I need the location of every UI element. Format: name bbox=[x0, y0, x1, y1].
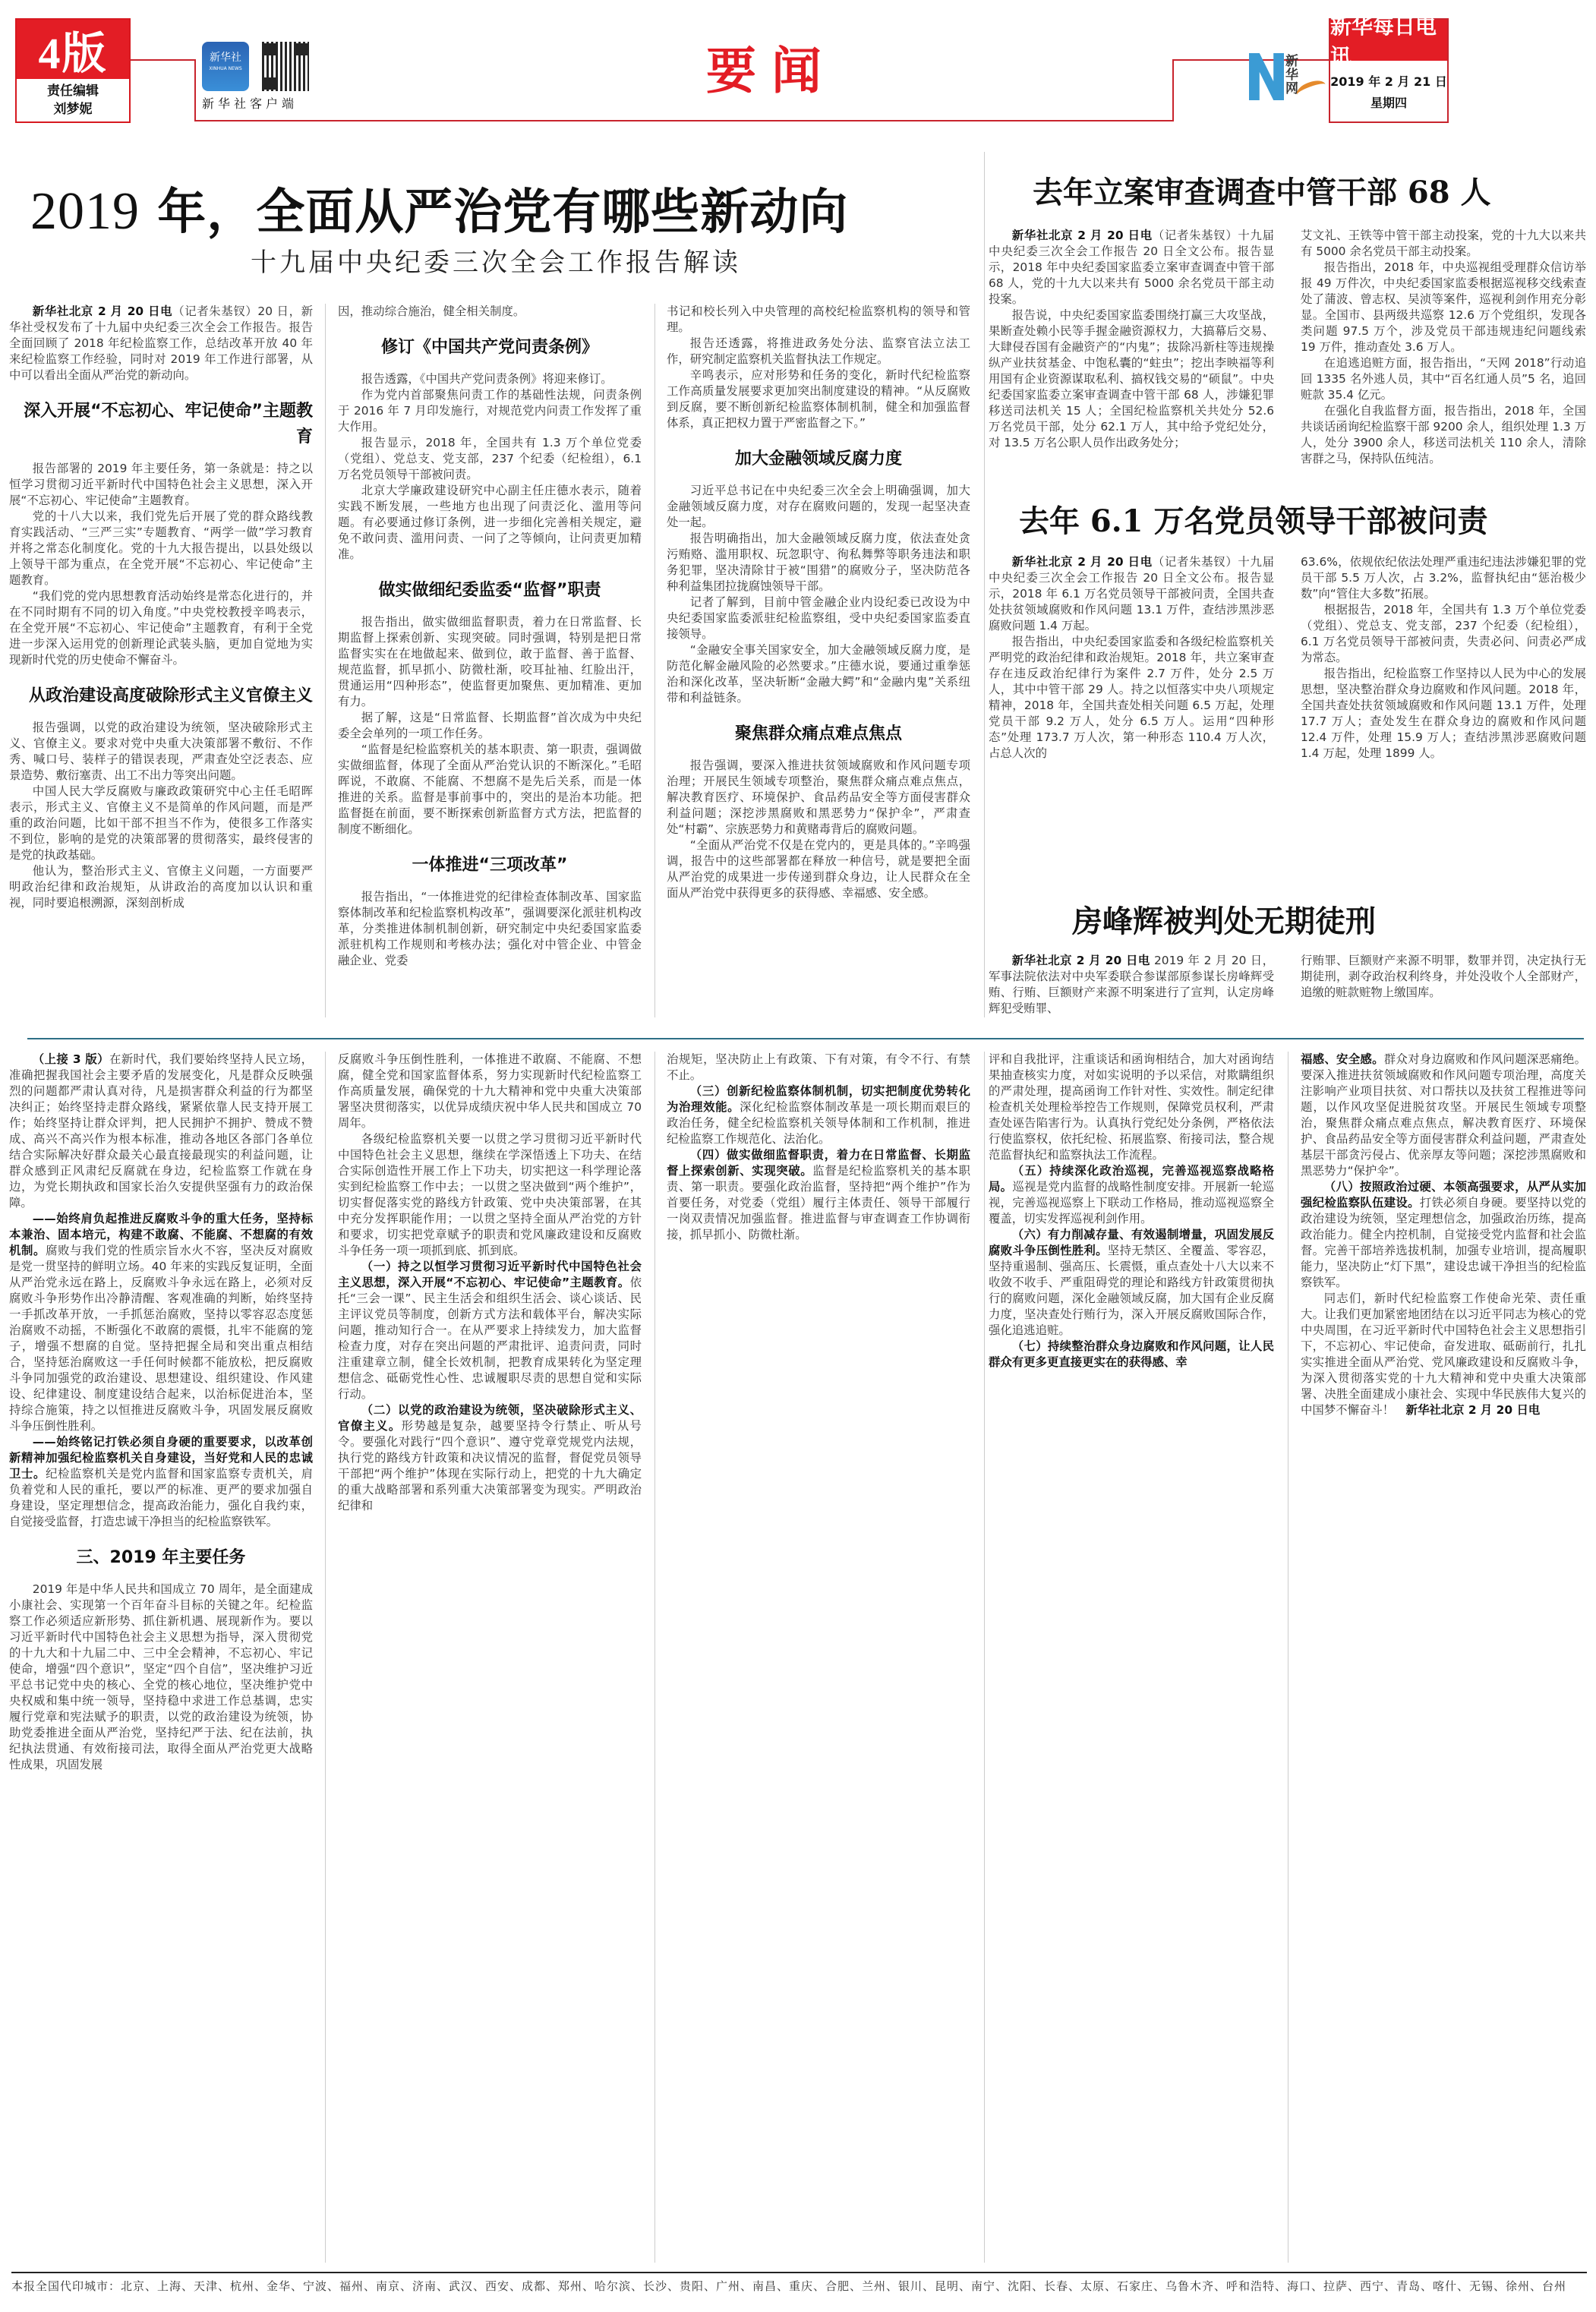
swoosh-icon bbox=[1295, 77, 1328, 102]
paragraph: 辛鸣表示，应对形势和任务的变化，新时代纪检监察工作高质量发展要求更加突出制度建设… bbox=[667, 367, 970, 431]
paragraph: 群众对身边腐败和作风问题深恶痛绝。要深入推进扶贫领域腐败和作风问题专项治理，高度… bbox=[1301, 1052, 1586, 1178]
paragraph: “全面从严治党不仅是在党内的，更是具体的。”辛鸣强调，报告中的这些部署都在释放一… bbox=[667, 837, 970, 901]
printing-cities: 本报全国代印城市：北京、上海、天津、杭州、金华、宁波、福州、南京、济南、武汉、西… bbox=[11, 2278, 1587, 2294]
dateline: 新华社北京 2 月 20 日电 bbox=[1012, 229, 1153, 242]
paragraph: 打铁必须自身硬。要坚持以党的政治建设为统领，坚定理想信念，加强政治历练，提高政治… bbox=[1301, 1196, 1586, 1289]
paragraph: “监督是纪检监察机关的基本职责、第一职责，强调做实做细监督，体现了全面从严治党认… bbox=[338, 742, 642, 837]
dateline: 新华社北京 2 月 20 日电 bbox=[33, 304, 172, 318]
column-divider bbox=[654, 304, 655, 1017]
paragraph: 艾文礼、王铁等中管干部主动投案，党的十九大以来共有 5000 余名党员干部主动投… bbox=[1301, 228, 1586, 260]
paragraph: 报告指出，做实做细监督职责，着力在日常监督、长期监督上探索创新、实现突破。同时强… bbox=[338, 614, 642, 710]
paragraph: 报告透露，《中国共产党问责条例》将迎来修订。 bbox=[338, 371, 642, 387]
report-col3: 治规矩，坚决防止上有政策、下有对策，有令不行、有禁不止。 （三）创新纪检监察体制… bbox=[667, 1052, 970, 2266]
paragraph: “金融安全事关国家安全，加大金融领域反腐力度，是防范化解金融风险的必然要求。”庄… bbox=[667, 642, 970, 706]
column-divider bbox=[984, 1052, 985, 2263]
paragraph: “我们党的党内思想教育活动始终是常态化进行的，并在不同时期有不同的切入角度。”中… bbox=[9, 588, 313, 668]
paragraph: 依托“三会一课”、民主生活会和组织生活会、谈心谈话、民主评议党员等制度，创新方式… bbox=[338, 1276, 642, 1401]
article-61-col2: 63.6%，依规依纪依法处理严重违纪违法涉嫌犯罪的党员干部 5.5 万人次，占 … bbox=[1301, 554, 1586, 888]
paragraph: 书记和校长列入中央管理的高校纪检监察机构的领导和管理。 bbox=[667, 304, 970, 336]
paragraph: 治规矩，坚决防止上有政策、下有对策，有令不行、有禁不止。 bbox=[667, 1052, 970, 1083]
editor-label: 责任编辑 bbox=[47, 82, 99, 100]
article-fang-col2: 行贿罪、巨额财产来源不明罪，数罪并罚，决定执行无期徒刑，剥夺政治权利终身，并处没… bbox=[1301, 953, 1586, 1021]
column-divider bbox=[325, 304, 326, 1017]
paragraph: 评和自我批评，注重谈话和函询相结合，加大对函询结果抽查核实力度，对如实说明的予以… bbox=[989, 1052, 1274, 1163]
report-col5: 福感、安全感。群众对身边腐败和作风问题深恶痛绝。要深入推进扶贫领域腐败和作风问题… bbox=[1301, 1052, 1586, 2266]
edition-number: 4版 bbox=[17, 20, 129, 79]
headline-61: 去年 6.1 万名党员领导干部被问责 bbox=[1019, 497, 1487, 541]
paragraph: 报告指出，“一体推进党的纪律检查体制改革、国家监察体制改革和纪检监察机构改革”，… bbox=[338, 889, 642, 969]
paragraph: 63.6%，依规依纪依法处理严重违纪违法涉嫌犯罪的党员干部 5.5 万人次，占 … bbox=[1301, 554, 1586, 602]
paragraph: 他认为，整治形式主义、官僚主义问题，一方面要严明政治纪律和政治规矩，从讲政治的高… bbox=[9, 863, 313, 911]
paragraph: 反腐败斗争压倒性胜利，一体推进不敢腐、不能腐、不想腐，健全党和国家监督体系，努力… bbox=[338, 1052, 642, 1131]
paragraph: 2019 年是中华人民共和国成立 70 周年，是全面建成小康社会、实现第一个百年… bbox=[9, 1582, 313, 1773]
article-68-col2: 艾文礼、王铁等中管干部主动投案，党的十九大以来共有 5000 余名党员干部主动投… bbox=[1301, 228, 1586, 478]
paragraph: 根据报告，2018 年，全国共有 1.3 万个单位党委（党组）、党总支、党支部，… bbox=[1301, 602, 1586, 666]
article-68-col1: 新华社北京 2 月 20 日电（记者朱基钗）十九届中央纪委三次全会工作报告 20… bbox=[989, 228, 1274, 478]
headline-fang: 房峰辉被判处无期徒刑 bbox=[1072, 897, 1376, 941]
footer-rule bbox=[11, 2272, 1587, 2273]
masthead-rule bbox=[131, 59, 196, 61]
masthead-rule bbox=[194, 59, 196, 121]
continued-from-label: （上接 3 版） bbox=[33, 1052, 109, 1066]
paragraph: 形势越是复杂，越要坚持令行禁止、听从号令。要强化对践行“四个意识”、遵守党章党规… bbox=[338, 1419, 642, 1512]
section-heading: 一体推进“三项改革” bbox=[338, 853, 642, 878]
paragraph: 习近平总书记在中央纪委三次全会上明确强调，加大金融领域反腐力度，对存在腐败问题的… bbox=[667, 483, 970, 531]
column-divider bbox=[654, 1052, 655, 2263]
paragraph: 报告指出，纪检监察工作坚持以人民为中心的发展思想，坚决整治群众身边腐败和作风问题… bbox=[1301, 666, 1586, 762]
xinhua-app-logo-icon[interactable]: 新华社 XINHUA NEWS bbox=[202, 42, 249, 91]
main-article-col2: 因，推动综合施治，健全相关制度。 修订《中国共产党问责条例》 报告透露，《中国共… bbox=[338, 304, 642, 1017]
dateline: 新华社北京 2 月 20 日电 bbox=[1012, 954, 1150, 967]
masthead-rule bbox=[194, 120, 1174, 121]
paragraph: 党的十八大以来，我们党先后开展了党的群众路线教育实践活动、“三严三实”专题教育、… bbox=[9, 509, 313, 588]
report-col1: （上接 3 版）在新时代，我们要始终坚持人民立场，准确把握我国社会主要矛盾的发展… bbox=[9, 1052, 313, 2266]
paragraph: 腐败与我们党的性质宗旨水火不容，坚决反对腐败是党一贯坚持的鲜明立场。40 年来的… bbox=[9, 1244, 313, 1433]
paragraph: 中国人民大学反腐败与廉政政策研究中心主任毛昭晖表示，形式主义、官僚主义不是简单的… bbox=[9, 784, 313, 863]
bold-lead: （七）持续整治群众身边腐败和作风问题，让人民群众有更多更直接更实在的获得感、幸 bbox=[989, 1339, 1274, 1369]
article-61-col1: 新华社北京 2 月 20 日电（记者朱基钗）十九届中央纪委三次全会工作报告 20… bbox=[989, 554, 1274, 888]
section-heading: 深入开展“不忘初心、牢记使命”主题教育 bbox=[9, 399, 313, 450]
issue-date: 2019 年 2 月 21 日 bbox=[1330, 71, 1447, 93]
section-heading: 聚焦群众痛点难点焦点 bbox=[667, 721, 970, 747]
paragraph: 据了解，这是“日常监督、长期监督”首次成为中央纪委全会单列的一项工作任务。 bbox=[338, 710, 642, 742]
bold-lead: （一）持之以恒学习贯彻习近平新时代中国特色社会主义思想，深入开展“不忘初心、牢记… bbox=[338, 1260, 642, 1289]
section-heading: 做实做细纪委监委“监督”职责 bbox=[338, 578, 642, 604]
paragraph: 同志们，新时代纪检监察工作使命光荣、责任重大。让我们更加紧密地团结在以习近平同志… bbox=[1301, 1292, 1586, 1417]
paragraph: 在强化自我监督方面，报告指出，2018 年，全国共谈话函询纪检监察干部 9200… bbox=[1301, 403, 1586, 467]
app-logo-subtext: XINHUA NEWS bbox=[209, 66, 241, 71]
main-subheadline: 十九届中央纪委三次全会工作报告解读 bbox=[251, 241, 741, 279]
news-logo-text: 新华网 bbox=[1285, 55, 1298, 96]
masthead-rule bbox=[1172, 59, 1174, 121]
section-title: 要闻 bbox=[706, 30, 837, 103]
paragraph: 报告显示，2018 年，全国共有 1.3 万个单位党委（党组）、党总支、党支部，… bbox=[338, 435, 642, 483]
dateline: 新华社北京 2 月 20 日电 bbox=[1012, 555, 1153, 569]
paragraph: 在新时代，我们要始终坚持人民立场，准确把握我国社会主要矛盾的发展变化，凡是群众反… bbox=[9, 1052, 313, 1210]
paragraph: 作为党内首部聚焦问责工作的基础性法规，问责条例于 2016 年 7 月印发施行，… bbox=[338, 387, 642, 435]
bold-lead: 福感、安全感。 bbox=[1301, 1052, 1384, 1066]
report-col4: 评和自我批评，注重谈话和函询相结合，加大对函询结果抽查核实力度，对如实说明的予以… bbox=[989, 1052, 1274, 2266]
paragraph: 报告指出，2018 年，中央巡视组受理群众信访举报 49 万件次，中央纪委国家监… bbox=[1301, 260, 1586, 355]
paragraph: 报告说，中央纪委国家监委围绕打赢三大攻坚战，果断查处赖小民等手握金融资源权力，大… bbox=[989, 308, 1274, 451]
paragraph: 报告还透露，将推进政务处分法、监察官法立法工作，研究制定监察机关监督执法工作规定… bbox=[667, 336, 970, 367]
section-heading: 修订《中国共产党问责条例》 bbox=[338, 335, 642, 361]
paragraph: 报告指出，中央纪委国家监委和各级纪检监察机关严明党的政治纪律和政治规矩。2018… bbox=[989, 634, 1274, 762]
app-label: 新华社客户端 bbox=[202, 94, 298, 112]
report-col2: 反腐败斗争压倒性胜利，一体推进不敢腐、不能腐、不想腐，健全党和国家监督体系，努力… bbox=[338, 1052, 642, 2266]
main-article-col3: 书记和校长列入中央管理的高校纪检监察机构的领导和管理。 报告还透露，将推进政务处… bbox=[667, 304, 970, 1017]
headline-text: 年，全面从严治党有哪些新动向 bbox=[140, 185, 848, 241]
editor-credit: 责任编辑 刘梦妮 bbox=[17, 79, 129, 121]
headline-68: 去年立案审查调查中管干部 68 人 bbox=[1033, 169, 1491, 212]
paragraph: 报告明确指出，加大金融领域反腐力度，依法查处贪污贿赂、滥用职权、玩忽职守、徇私舞… bbox=[667, 531, 970, 595]
paragraph: 报告部署的 2019 年主要任务，第一条就是：持之以恒学习贯彻习近平新时代中国特… bbox=[9, 461, 313, 509]
column-divider bbox=[325, 1052, 326, 2263]
section-heading: 从政治建设高度破除形式主义官僚主义 bbox=[9, 683, 313, 709]
paragraph: 因，推动综合施治，健全相关制度。 bbox=[338, 304, 642, 320]
paragraph: 坚持无禁区、全覆盖、零容忍，坚持重遏制、强高压、长震慑，重点查处十八大以来不收敛… bbox=[989, 1244, 1274, 1337]
section-heading: 加大金融领域反腐力度 bbox=[667, 446, 970, 472]
end-dateline: 新华社北京 2 月 20 日电 bbox=[1406, 1403, 1541, 1417]
issue-weekday: 星期四 bbox=[1370, 93, 1407, 114]
edition-box: 4版 责任编辑 刘梦妮 bbox=[15, 18, 131, 123]
qr-code-icon[interactable] bbox=[262, 42, 309, 91]
app-logo-text: 新华社 bbox=[210, 49, 241, 65]
section-rule bbox=[27, 1038, 1584, 1039]
paragraph: 巡视是党内监督的战略性制度安排。开展新一轮巡视，完善巡视巡察上下联动工作格局，推… bbox=[989, 1180, 1274, 1225]
paper-nameplate: 新华每日电讯 2019 年 2 月 21 日 星期四 bbox=[1329, 18, 1449, 123]
paragraph: 报告强调，以党的政治建设为统领，坚决破除形式主义、官僚主义。要求对党中央重大决策… bbox=[9, 720, 313, 784]
article-fang-col1: 新华社北京 2 月 20 日电 2019 年 2 月 20 日，军事法院依法对中… bbox=[989, 953, 1274, 1021]
paragraph: 在追逃追赃方面，报告指出，“天网 2018”行动追回 1335 名外逃人员，其中… bbox=[1301, 355, 1586, 403]
headline-year: 2019 bbox=[30, 182, 140, 241]
column-divider bbox=[984, 152, 985, 1017]
paragraph: 各级纪检监察机关要一以贯之学习贯彻习近平新时代中国特色社会主义思想，继续在学深悟… bbox=[338, 1131, 642, 1259]
news-n-icon bbox=[1249, 53, 1284, 100]
paper-name: 新华每日电讯 bbox=[1330, 20, 1447, 61]
paragraph: 纪检监察机关是党内监督和国家监察专责机关，肩负着党和人民的重托，要以严的标准、更… bbox=[9, 1467, 313, 1528]
main-headline: 2019 年，全面从严治党有哪些新动向 bbox=[30, 173, 848, 243]
paragraph: 报告强调，要深入推进扶贫领域腐败和作风问题专项治理；开展民生领域专项整治，聚焦群… bbox=[667, 758, 970, 837]
editor-name: 刘梦妮 bbox=[54, 100, 93, 118]
paragraph: 行贿罪、巨额财产来源不明罪，数罪并罚，决定执行无期徒刑，剥夺政治权利终身，并处没… bbox=[1301, 953, 1586, 1001]
paragraph: 记者了解到，目前中管金融企业内设纪委已改设为中央纪委国家监委派驻纪检监察组，受中… bbox=[667, 595, 970, 642]
main-article-col1: 新华社北京 2 月 20 日电（记者朱基钗）20 日，新华社受权发布了十九届中央… bbox=[9, 304, 313, 1017]
paragraph: 北京大学廉政建设研究中心副主任庄德水表示，随着实践不断发展，一些地方也出现了问责… bbox=[338, 483, 642, 563]
section-heading: 三、2019 年主要任务 bbox=[9, 1545, 313, 1571]
column-divider bbox=[1288, 1052, 1288, 2263]
